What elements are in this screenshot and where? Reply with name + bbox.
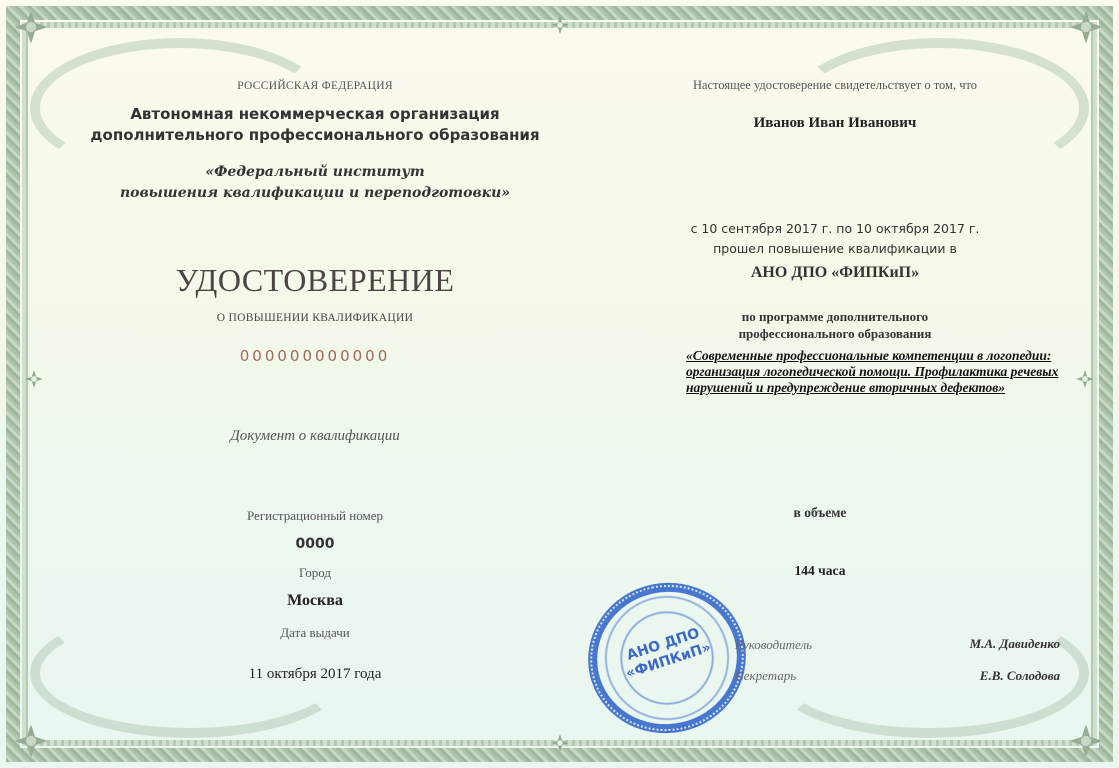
certifies-text: Настоящее удостоверение свидетельствует … (600, 78, 1070, 93)
registration-label: Регистрационный номер (70, 508, 560, 524)
document-title: УДОСТОВЕРЕНИЕ (70, 262, 560, 299)
hours-value: 144 часа (760, 563, 880, 579)
program-label-line-2: профессионального образования (600, 325, 1070, 342)
program-name: «Современные профессиональные компетенци… (686, 348, 1066, 396)
issue-date: 11 октября 2017 года (70, 666, 560, 683)
period-dates: с 10 сентября 2017 г. по 10 октября 2017… (600, 219, 1070, 239)
organization-line-1: Автономная некоммерческая организация (70, 104, 560, 125)
training-period: с 10 сентября 2017 г. по 10 октября 2017… (600, 219, 1070, 259)
program-label-line-1: по программе дополнительного (600, 308, 1070, 325)
organization-name: Автономная некоммерческая организация до… (70, 104, 560, 146)
program-label: по программе дополнительного профессиона… (600, 308, 1070, 342)
issue-date-label: Дата выдачи (70, 625, 560, 641)
holder-full-name: Иванов Иван Иванович (600, 115, 1070, 132)
certificate-document: РОССИЙСКАЯ ФЕДЕРАЦИЯ Автономная некоммер… (0, 0, 1119, 768)
city-label: Город (70, 565, 560, 581)
registration-number: 0000 (70, 536, 560, 552)
organization-line-2: дополнительного профессионального образо… (70, 125, 560, 146)
volume-label: в объеме (760, 505, 880, 521)
decorative-swirl (789, 38, 1089, 178)
institute-name: «Федеральный институт повышения квалифик… (70, 162, 560, 204)
signature-name-secretary: Е.В. Солодова (860, 668, 1060, 684)
document-number: 000000000000 (70, 347, 560, 365)
institute-line-1: «Федеральный институт (70, 162, 560, 183)
document-kind: Документ о квалификации (70, 428, 560, 445)
document-subtitle: О ПОВЫШЕНИИ КВАЛИФИКАЦИИ (70, 312, 560, 324)
city-value: Москва (70, 592, 560, 610)
country-label: РОССИЙСКАЯ ФЕДЕРАЦИЯ (70, 80, 560, 92)
institute-line-2: повышения квалификации и переподготовки» (70, 183, 560, 204)
organization-short-name: АНО ДПО «ФИПКиП» (600, 264, 1070, 282)
completed-text: прошел повышение квалификации в (600, 239, 1070, 259)
signature-role-secretary: Секретарь (735, 668, 796, 684)
signature-name-director: М.А. Давиденко (860, 636, 1060, 652)
signature-role-director: Руководитель (735, 637, 812, 653)
